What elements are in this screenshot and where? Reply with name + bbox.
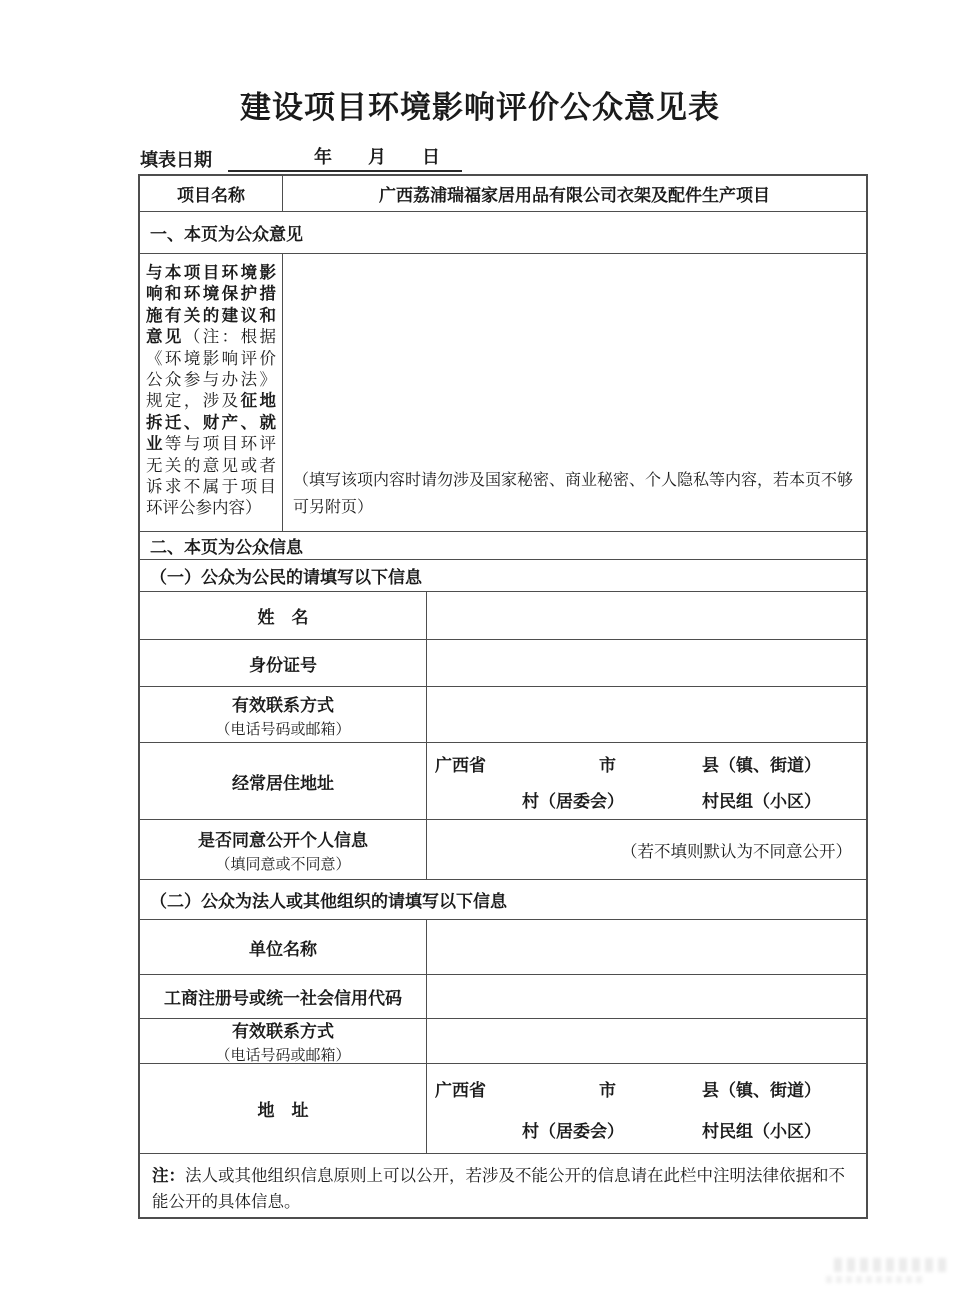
org-address-row: 地 址 广西省 市 县（镇、街道） 村（居委会） 村民组（小区）	[140, 1064, 866, 1154]
org-contact-row: 有效联系方式 （电话号码或邮箱）	[140, 1019, 866, 1064]
org-address-fields: 广西省 市 县（镇、街道） 村（居委会） 村民组（小区）	[427, 1064, 866, 1153]
bottom-note-row: 注：法人或其他组织信息原则上可以公开，若涉及不能公开的信息请在此栏中注明法律依据…	[140, 1154, 866, 1217]
consent-hint: （若不填则默认为不同意公开）	[621, 838, 852, 862]
org-address-line-1: 广西省 市 县（镇、街道）	[427, 1076, 866, 1101]
org-registration-label: 工商注册号或统一社会信用代码	[140, 975, 427, 1018]
watermark	[816, 1258, 946, 1294]
page-title: 建设项目环境影响评价公众意见表	[0, 0, 960, 127]
opinion-row: 与本项目环境影响和环境保护措施有关的建议和意见（注：根据《环境影响评价公众参与办…	[140, 254, 866, 532]
city-label: 市	[599, 1076, 616, 1101]
date-blank-underline: 年 月 日	[228, 143, 462, 172]
id-number-row: 身份证号	[140, 640, 866, 687]
consent-input-area: （若不填则默认为不同意公开）	[427, 820, 866, 879]
village-label: 村（居委会）	[522, 787, 624, 812]
consent-label-main: 是否同意公开个人信息	[198, 826, 368, 851]
id-number-label: 身份证号	[140, 640, 427, 686]
county-label: 县（镇、街道）	[702, 1076, 821, 1101]
org-registration-row: 工商注册号或统一社会信用代码	[140, 975, 866, 1019]
consent-label-sub: （填同意或不同意）	[215, 853, 350, 874]
section-2-header: 二、本页为公众信息	[140, 532, 866, 560]
citizen-address-label: 经常居住地址	[140, 743, 427, 819]
month-label: 月	[368, 143, 386, 169]
project-name-label: 项目名称	[140, 176, 283, 211]
opinion-label: 与本项目环境影响和环境保护措施有关的建议和意见（注：根据《环境影响评价公众参与办…	[140, 254, 283, 531]
group-label: 村民组（小区）	[702, 1117, 821, 1142]
county-label: 县（镇、街道）	[702, 751, 821, 776]
org-name-label: 单位名称	[140, 920, 427, 974]
name-input-area	[427, 592, 866, 639]
org-address-label: 地 址	[140, 1064, 427, 1153]
citizen-contact-label: 有效联系方式 （电话号码或邮箱）	[140, 687, 427, 742]
id-number-input-area	[427, 640, 866, 686]
citizen-section-header: （一）公众为公民的请填写以下信息	[140, 560, 866, 592]
citizen-contact-row: 有效联系方式 （电话号码或邮箱）	[140, 687, 866, 743]
opinion-input-area: （填写该项内容时请勿涉及国家秘密、商业秘密、个人隐私等内容，若本页不够可另附页）	[283, 254, 866, 531]
day-label: 日	[422, 143, 440, 169]
group-label: 村民组（小区）	[702, 787, 821, 812]
consent-row: 是否同意公开个人信息 （填同意或不同意） （若不填则默认为不同意公开）	[140, 820, 866, 880]
org-contact-label-main: 有效联系方式	[232, 1017, 334, 1042]
name-row: 姓 名	[140, 592, 866, 640]
year-label: 年	[314, 143, 332, 169]
bottom-note-text: 法人或其他组织信息原则上可以公开，若涉及不能公开的信息请在此栏中注明法律依据和不…	[152, 1166, 845, 1211]
citizen-contact-input-area	[427, 687, 866, 742]
org-name-row: 单位名称	[140, 920, 866, 975]
section-1-header: 一、本页为公众意见	[140, 212, 866, 254]
org-contact-label-sub: （电话号码或邮箱）	[215, 1044, 350, 1065]
citizen-address-row: 经常居住地址 广西省 市 县（镇、街道） 村（居委会） 村民组（小区）	[140, 743, 866, 820]
org-name-input-area	[427, 920, 866, 974]
city-label: 市	[599, 751, 616, 776]
citizen-contact-label-main: 有效联系方式	[232, 691, 334, 716]
opinion-note: （填写该项内容时请勿涉及国家秘密、商业秘密、个人隐私等内容，若本页不够可另附页）	[293, 467, 856, 521]
name-label: 姓 名	[140, 592, 427, 639]
org-registration-input-area	[427, 975, 866, 1018]
province-label: 广西省	[435, 1076, 486, 1101]
org-address-line-2: 村（居委会） 村民组（小区）	[427, 1117, 866, 1142]
province-label: 广西省	[435, 751, 486, 776]
org-contact-label: 有效联系方式 （电话号码或邮箱）	[140, 1019, 427, 1063]
form-table: 项目名称 广西荔浦瑞福家居用品有限公司衣架及配件生产项目 一、本页为公众意见 与…	[138, 174, 868, 1219]
bottom-note-prefix: 注：	[152, 1166, 185, 1185]
citizen-contact-label-sub: （电话号码或邮箱）	[215, 718, 350, 739]
document-page: 建设项目环境影响评价公众意见表 填表日期 年 月 日 项目名称 广西荔浦瑞福家居…	[0, 0, 960, 1308]
org-section-header: （二）公众为法人或其他组织的请填写以下信息	[140, 880, 866, 920]
consent-label: 是否同意公开个人信息 （填同意或不同意）	[140, 820, 427, 879]
date-label: 填表日期	[140, 146, 212, 172]
project-name-row: 项目名称 广西荔浦瑞福家居用品有限公司衣架及配件生产项目	[140, 176, 866, 212]
org-contact-input-area	[427, 1019, 866, 1063]
citizen-address-line-2: 村（居委会） 村民组（小区）	[427, 787, 866, 812]
village-label: 村（居委会）	[522, 1117, 624, 1142]
date-line: 填表日期 年 月 日	[140, 143, 960, 172]
citizen-address-line-1: 广西省 市 县（镇、街道）	[427, 751, 866, 776]
project-name-value: 广西荔浦瑞福家居用品有限公司衣架及配件生产项目	[283, 176, 866, 211]
citizen-address-fields: 广西省 市 县（镇、街道） 村（居委会） 村民组（小区）	[427, 743, 866, 819]
